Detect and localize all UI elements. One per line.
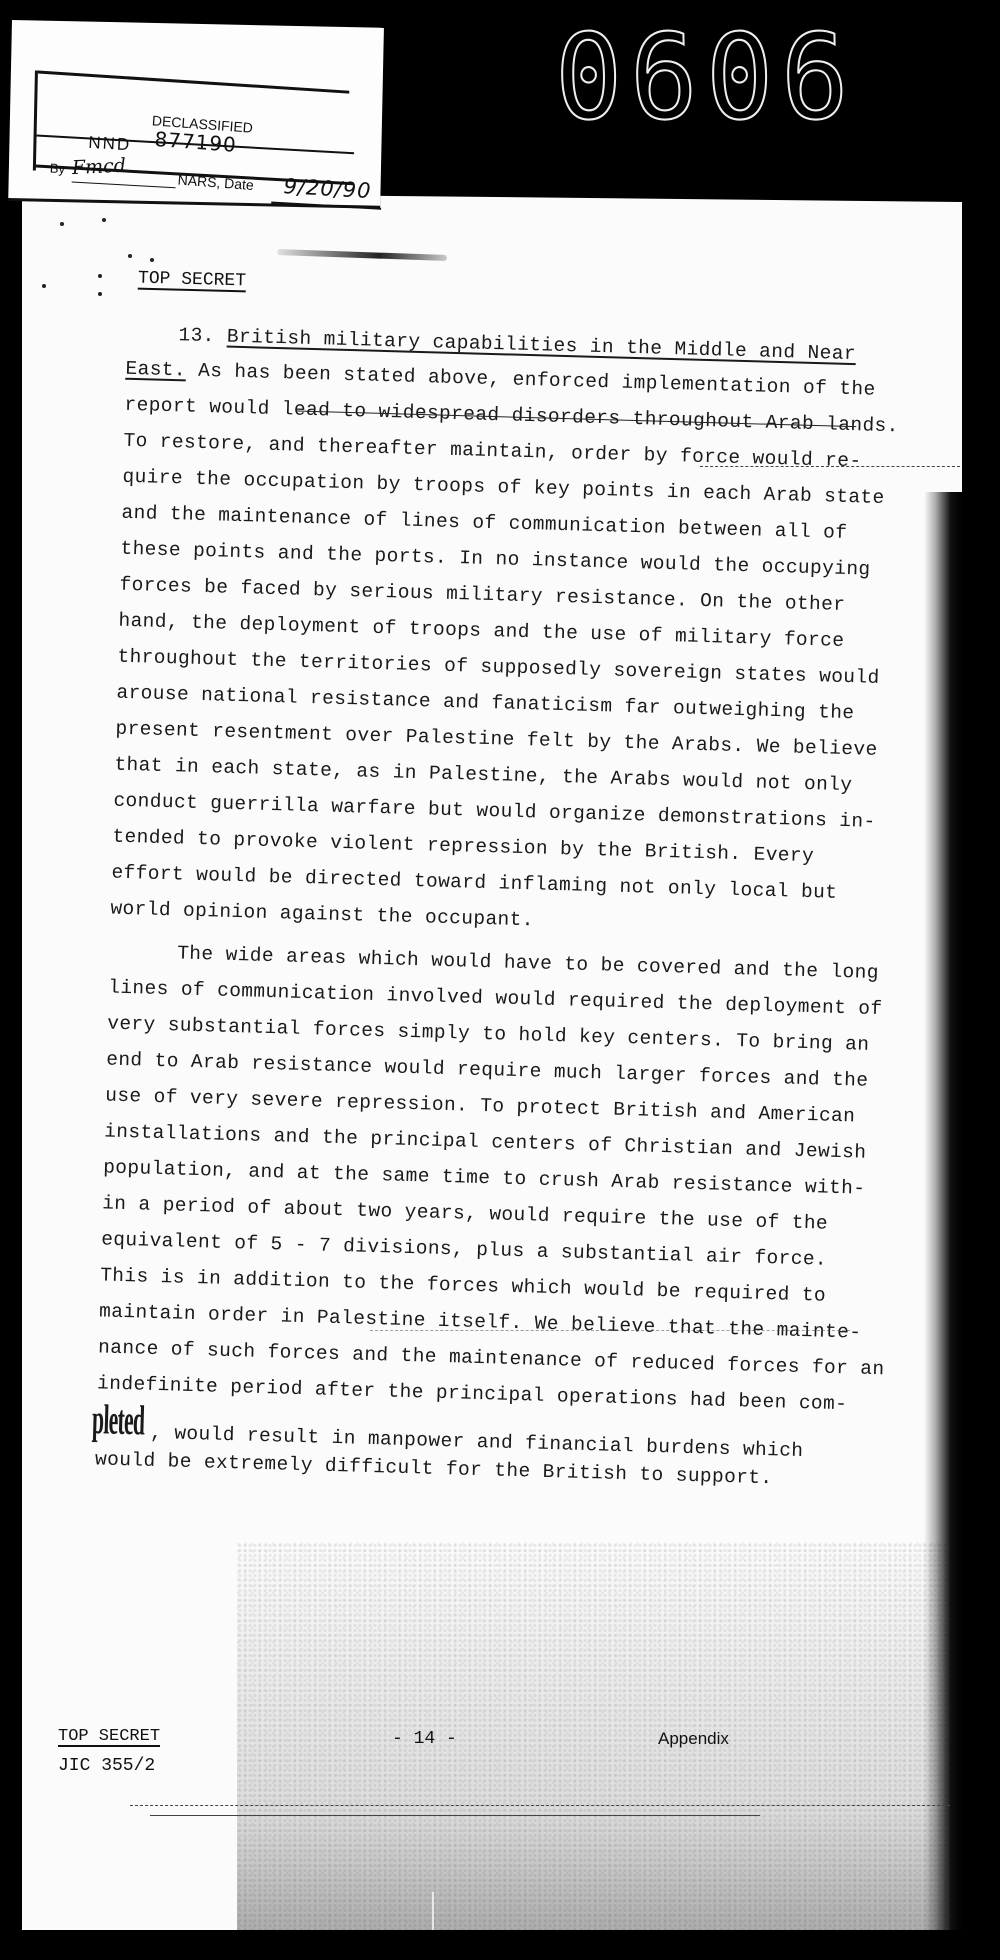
stamp-authority-label: NND: [88, 133, 132, 155]
scan-artifact-line: [700, 466, 960, 467]
speck: [150, 258, 154, 262]
folio-digit: 0: [705, 19, 770, 138]
footer-classification: TOP SECRET: [58, 1727, 160, 1746]
header-classification: TOP SECRET: [138, 269, 247, 292]
speck: [128, 254, 132, 258]
ink-smudge: [277, 249, 447, 261]
folio-digit: 0: [554, 19, 619, 138]
scan-artifact-line: [370, 1330, 850, 1331]
folio-digit: 6: [629, 19, 694, 138]
page-crease: [432, 1892, 434, 1932]
scan-grain: [237, 1542, 947, 1930]
stamp-date: 9/20/90: [283, 174, 372, 203]
speck: [42, 284, 46, 288]
stamp-by-label: By: [49, 161, 65, 177]
speck: [60, 222, 64, 226]
scan-artifact-line: [150, 1815, 760, 1816]
stamp-frame: DECLASSIFIED NND 877190 By Fmcd NARS, Da…: [33, 70, 358, 177]
section-number: 13.: [178, 324, 215, 347]
speck: [98, 292, 102, 296]
section-heading-continued: East.: [125, 358, 186, 382]
stamp-nars-date-label: NARS, Date: [177, 172, 254, 194]
scan-artifact-line: [130, 1805, 950, 1806]
page-edge-shadow: [924, 492, 962, 1932]
footer-page-number: - 14 -: [392, 1729, 457, 1749]
speck: [98, 274, 102, 278]
signature-line: [72, 181, 176, 188]
folio-stamp: 0 6 0 6: [555, 22, 845, 134]
folio-digit: 6: [780, 19, 845, 138]
document-body: 13. British military capabilities in the…: [8, 0, 1000, 25]
footer-document-id: JIC 355/2: [58, 1756, 155, 1776]
declassification-stamp: DECLASSIFIED NND 877190 By Fmcd NARS, Da…: [8, 20, 384, 206]
stamp-authority-number: 877190: [154, 127, 238, 157]
footer-section: Appendix: [658, 1729, 729, 1749]
stamp-signature: Fmcd: [71, 155, 126, 180]
enlarged-word: pleted: [91, 1397, 144, 1446]
speck: [102, 218, 106, 222]
stamp-rule: [38, 71, 350, 94]
